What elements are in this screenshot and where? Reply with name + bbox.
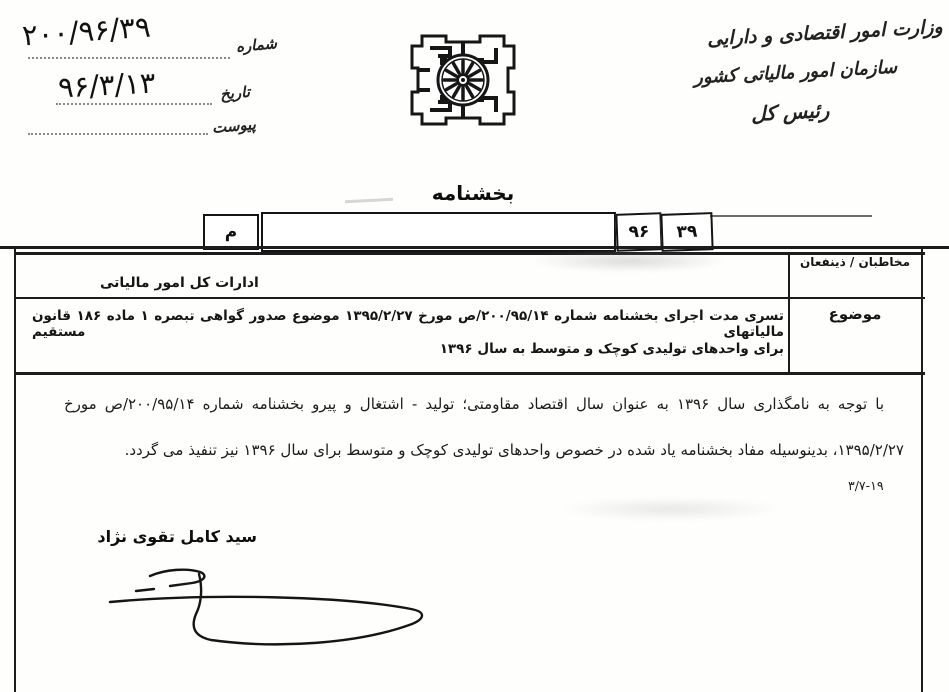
handwritten-circular-number: ۲۰۰/۹۶/۳۹ xyxy=(21,10,152,53)
ministry-name: وزارت امور اقتصادی و دارایی xyxy=(707,16,944,50)
tax-organization-emblem-icon xyxy=(382,20,524,140)
subject-line-1: تسری مدت اجرای بخشنامه شماره ۲۰۰/۹۵/۱۴/ص… xyxy=(32,308,784,340)
scan-smudge xyxy=(558,497,783,521)
code-row-bottom-rule xyxy=(0,246,949,249)
scanned-circular-document: ۲۰۰/۹۶/۳۹ شماره ۹۶/۳/۱۳ تاریخ پیوست xyxy=(0,0,949,692)
audience-label: مخاطبان / ذینفعان xyxy=(792,255,918,269)
office-title: رئیس کل xyxy=(750,98,830,126)
subject-label: موضوع xyxy=(792,305,918,323)
attachment-label: پیوست xyxy=(211,115,256,137)
handwritten-signature xyxy=(108,556,438,656)
table-left-border xyxy=(14,248,16,692)
number-dotted-line xyxy=(28,57,230,59)
audience-value: ادارات کل امور مالیاتی xyxy=(100,275,784,291)
scan-smudge xyxy=(530,250,730,272)
signatory-name: سید کامل تقوی نژاد xyxy=(102,527,257,546)
archive-code: ۳/۷-۱۹ xyxy=(848,478,910,493)
date-label: تاریخ xyxy=(219,83,250,104)
code-box-type: م xyxy=(203,214,259,250)
subject-line-2: برای واحدهای تولیدی کوچک و متوسط به سال … xyxy=(32,341,784,357)
scan-smudge xyxy=(345,198,393,204)
table-column-divider xyxy=(788,252,790,374)
organization-name: سازمان امور مالیاتی کشور xyxy=(693,57,897,89)
handwritten-date: ۹۶/۳/۱۳ xyxy=(57,65,156,104)
table-right-border xyxy=(921,248,923,692)
document-title: بخشنامه xyxy=(398,181,548,205)
attachment-dotted-line xyxy=(28,133,208,135)
date-dotted-line xyxy=(56,103,212,105)
number-label: شماره xyxy=(235,34,277,55)
code-row-top-rule xyxy=(710,215,872,217)
body-paragraph-line-1: با توجه به نامگذاری سال ۱۳۹۶ به عنوان سا… xyxy=(64,395,884,413)
body-paragraph-line-2: ۱۳۹۵/۲/۲۷، بدینوسیله مفاد بخشنامه یاد شد… xyxy=(26,441,904,459)
